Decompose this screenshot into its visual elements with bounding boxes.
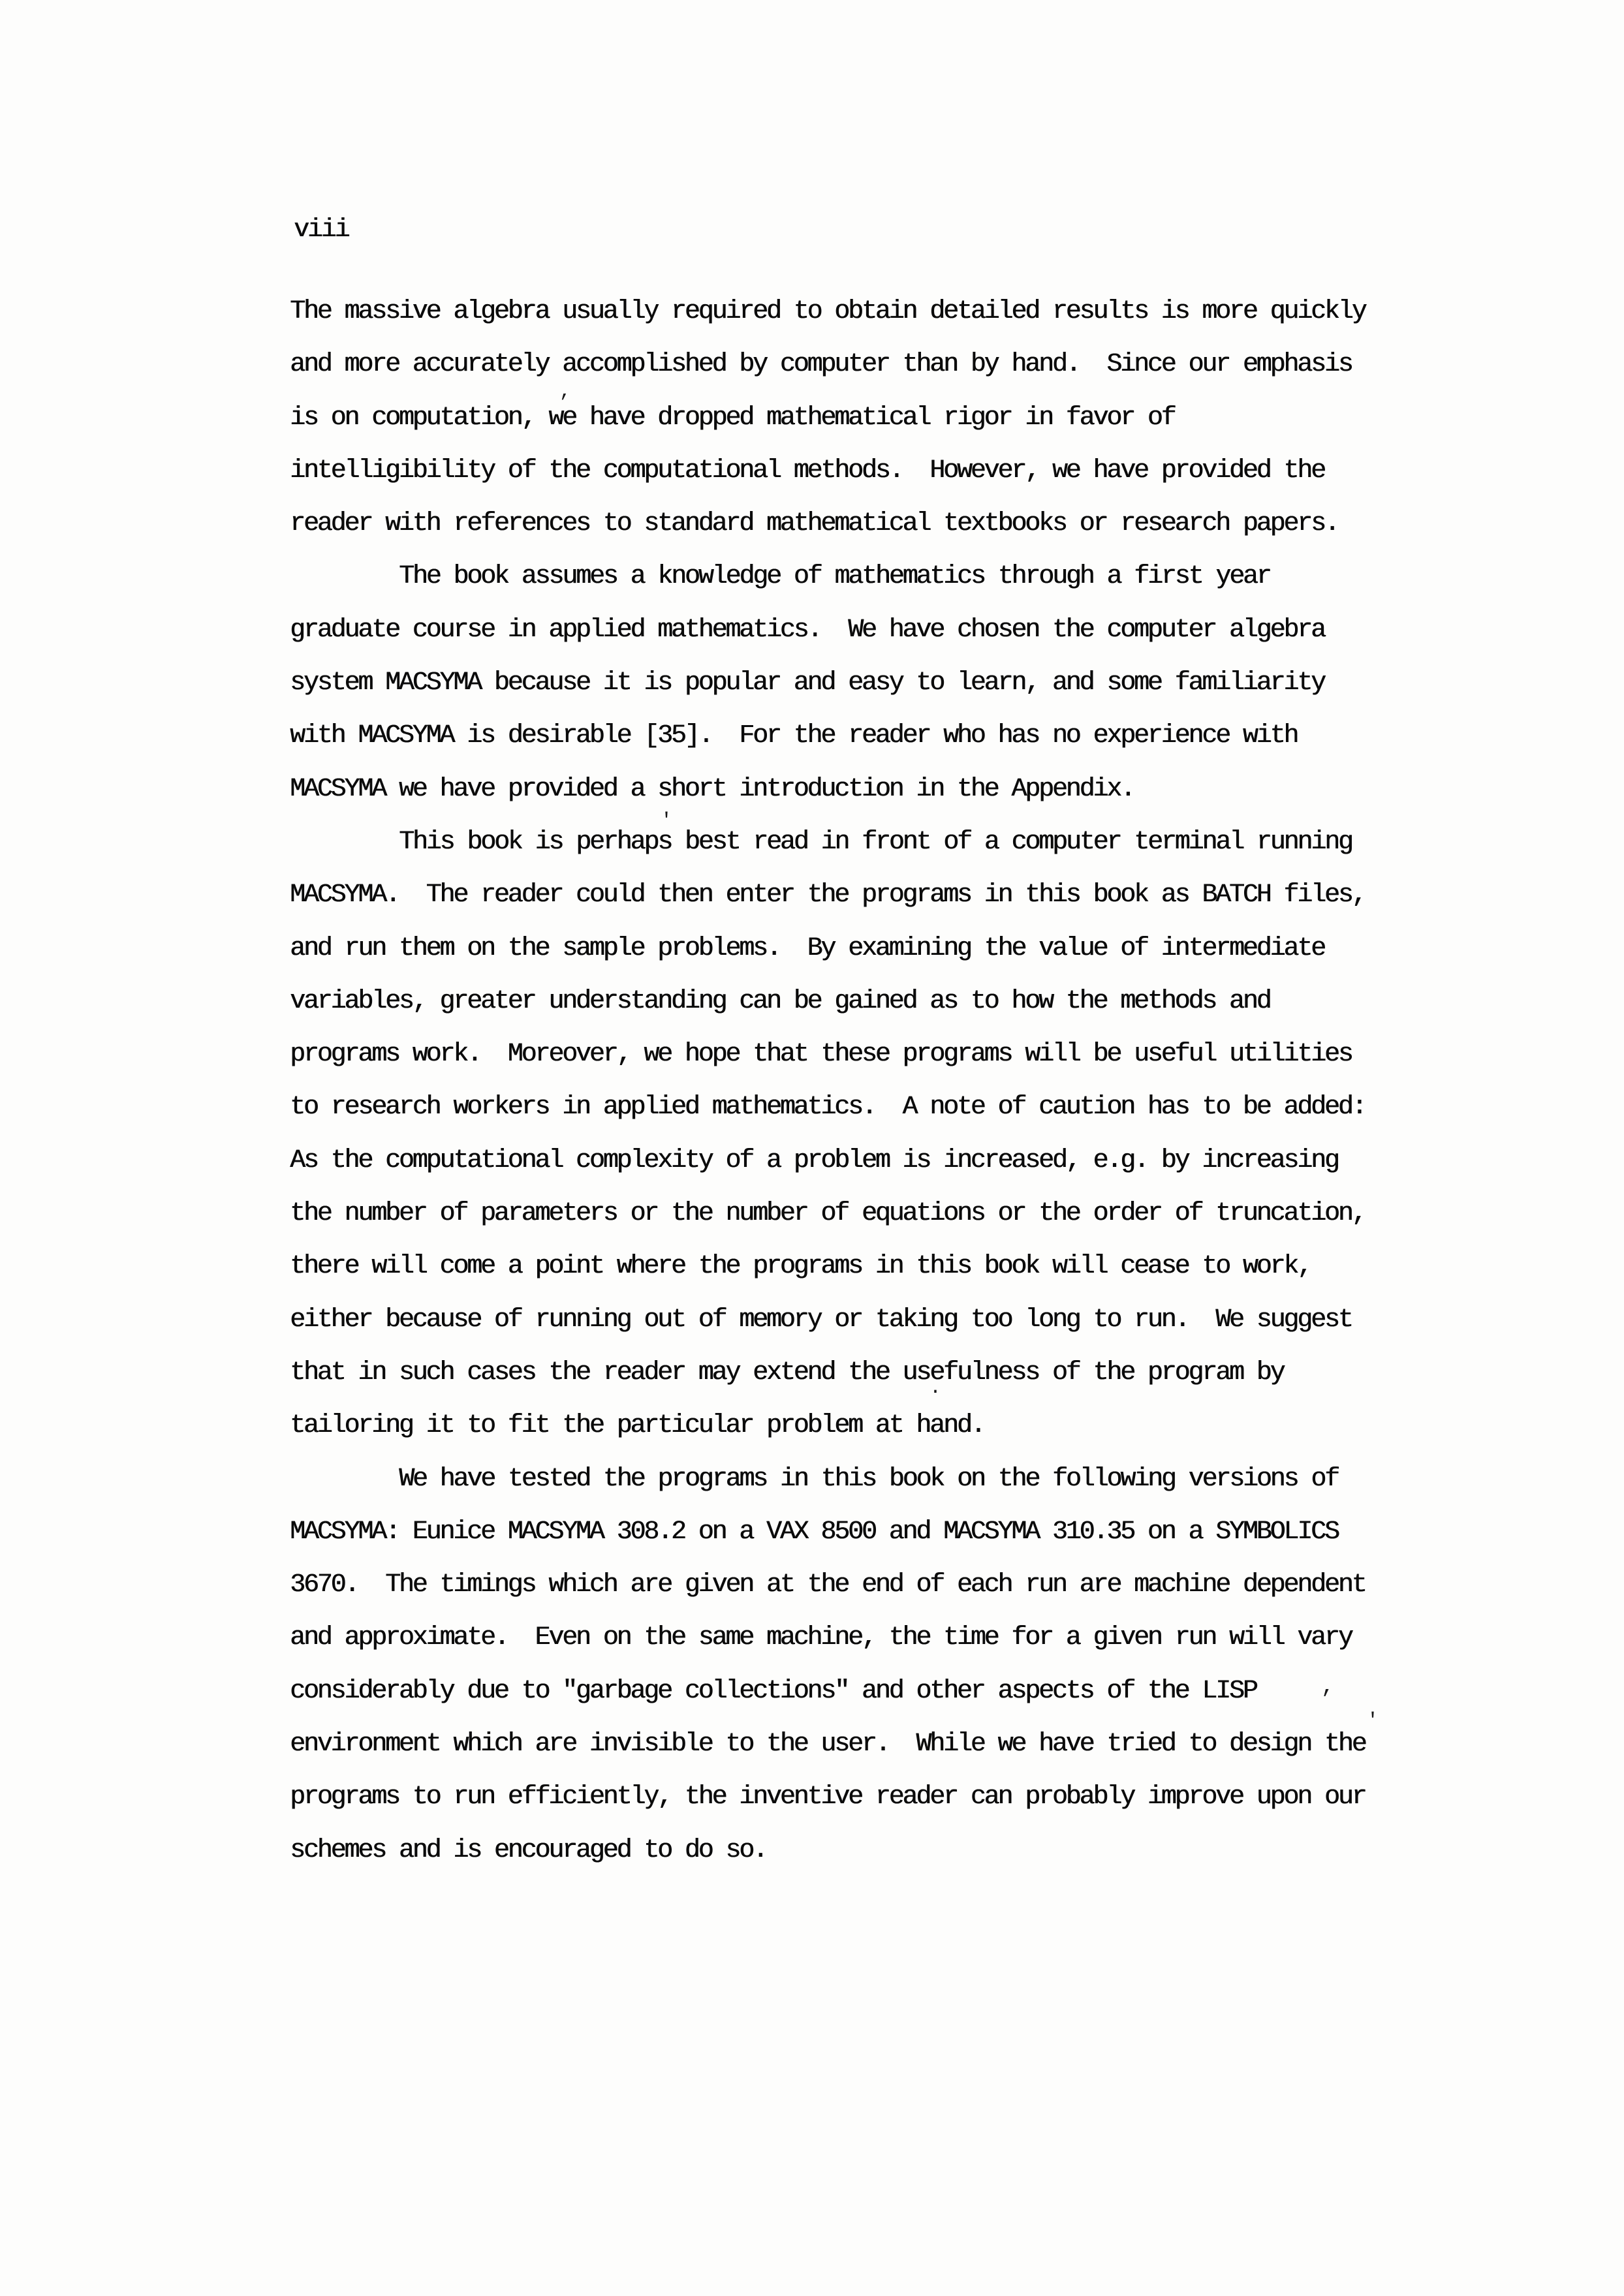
scan-speck: '	[1367, 1711, 1379, 1731]
text-line: and more accurately accomplished by comp…	[290, 338, 1399, 391]
text-line: The massive algebra usually required to …	[290, 285, 1399, 338]
text-line: the number of parameters or the number o…	[290, 1187, 1399, 1240]
scanned-book-page: viii The massive algebra usually require…	[0, 0, 1624, 2296]
text-line: MACSYMA we have provided a short introdu…	[290, 763, 1399, 816]
scan-speck: ,	[1321, 1676, 1334, 1698]
text-line: variables, greater understanding can be …	[290, 975, 1399, 1028]
text-line: tailoring it to fit the particular probl…	[290, 1399, 1399, 1452]
text-line: 3670. The timings which are given at the…	[290, 1559, 1399, 1611]
text-line: is on computation, we have dropped mathe…	[290, 392, 1399, 444]
text-line: programs work. Moreover, we hope that th…	[290, 1028, 1399, 1081]
page-number: viii	[294, 215, 348, 245]
text-line: This book is perhaps best read in front …	[290, 816, 1399, 869]
text-line: We have tested the programs in this book…	[290, 1453, 1399, 1506]
scan-speck: ,	[559, 382, 571, 401]
text-line: graduate course in applied mathematics. …	[290, 604, 1399, 657]
body-text: The massive algebra usually required to …	[290, 285, 1399, 1877]
text-line: As the computational complexity of a pro…	[290, 1134, 1399, 1187]
text-line: intelligibility of the computational met…	[290, 444, 1399, 497]
text-line: environment which are invisible to the u…	[290, 1718, 1399, 1771]
text-line: there will come a point where the progra…	[290, 1240, 1399, 1293]
text-line: and run them on the sample problems. By …	[290, 922, 1399, 975]
text-line: MACSYMA. The reader could then enter the…	[290, 869, 1399, 922]
text-line: system MACSYMA because it is popular and…	[290, 657, 1399, 709]
text-line: programs to run efficiently, the inventi…	[290, 1771, 1399, 1823]
text-line: schemes and is encouraged to do so.	[290, 1824, 1399, 1877]
text-line: either because of running out of memory …	[290, 1294, 1399, 1346]
text-line: to research workers in applied mathemati…	[290, 1081, 1399, 1134]
scan-speck: .	[929, 1378, 941, 1398]
text-line: with MACSYMA is desirable [35]. For the …	[290, 709, 1399, 762]
text-line: reader with references to standard mathe…	[290, 497, 1399, 550]
text-line: MACSYMA: Eunice MACSYMA 308.2 on a VAX 8…	[290, 1506, 1399, 1559]
text-line: that in such cases the reader may extend…	[290, 1346, 1399, 1399]
text-line: The book assumes a knowledge of mathemat…	[290, 550, 1399, 603]
text-line: and approximate. Even on the same machin…	[290, 1611, 1399, 1664]
text-line: considerably due to "garbage collections…	[290, 1665, 1399, 1718]
scan-speck: '	[661, 811, 672, 831]
